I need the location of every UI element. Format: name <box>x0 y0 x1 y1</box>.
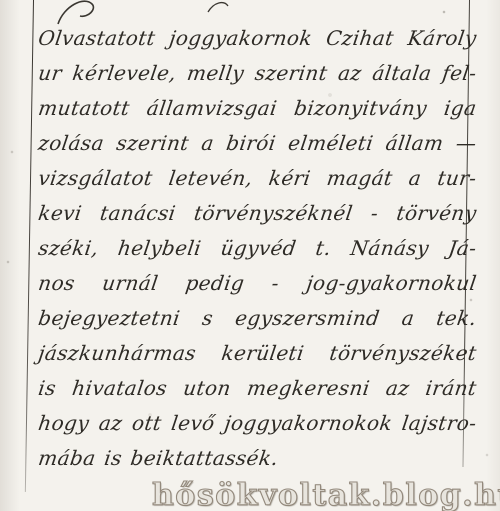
manuscript-page: Olvastatott joggyakornok Czihat Károly u… <box>0 0 500 511</box>
manuscript-text: Olvastatott joggyakornok Czihat Károly u… <box>36 21 474 476</box>
manuscript-line: Olvastatott joggyakornok Czihat Károly <box>36 21 479 56</box>
manuscript-line: bejegyeztetni s egyszersmind a tek. <box>36 301 479 336</box>
manuscript-line: is hivatalos uton megkeresni az iránt <box>36 371 479 406</box>
manuscript-line: széki, helybeli ügyvéd t. Nánásy Já- <box>36 231 479 266</box>
watermark-text: hősökvoltak.blog.hu <box>152 478 500 511</box>
manuscript-line: jászkunhármas kerületi törvényszéket <box>36 336 479 371</box>
manuscript-line: zolása szerint a birói elméleti állam — <box>36 126 479 161</box>
manuscript-line: hogy az ott levő joggyakornokok lajstro- <box>36 406 479 441</box>
left-ruled-line <box>25 0 34 492</box>
manuscript-line: vizsgálatot letevén, kéri magát a tur- <box>36 161 479 196</box>
manuscript-line: ur kérlevele, melly szerint az általa fe… <box>36 56 479 91</box>
manuscript-line: mába is beiktattassék. <box>36 441 479 476</box>
manuscript-line: mutatott államvizsgai bizonyitvány iga <box>36 91 479 126</box>
manuscript-line: nos urnál pedig - jog-gyakornokul <box>36 266 479 301</box>
manuscript-line: kevi tanácsi törvényszéknél - törvény <box>36 196 479 231</box>
